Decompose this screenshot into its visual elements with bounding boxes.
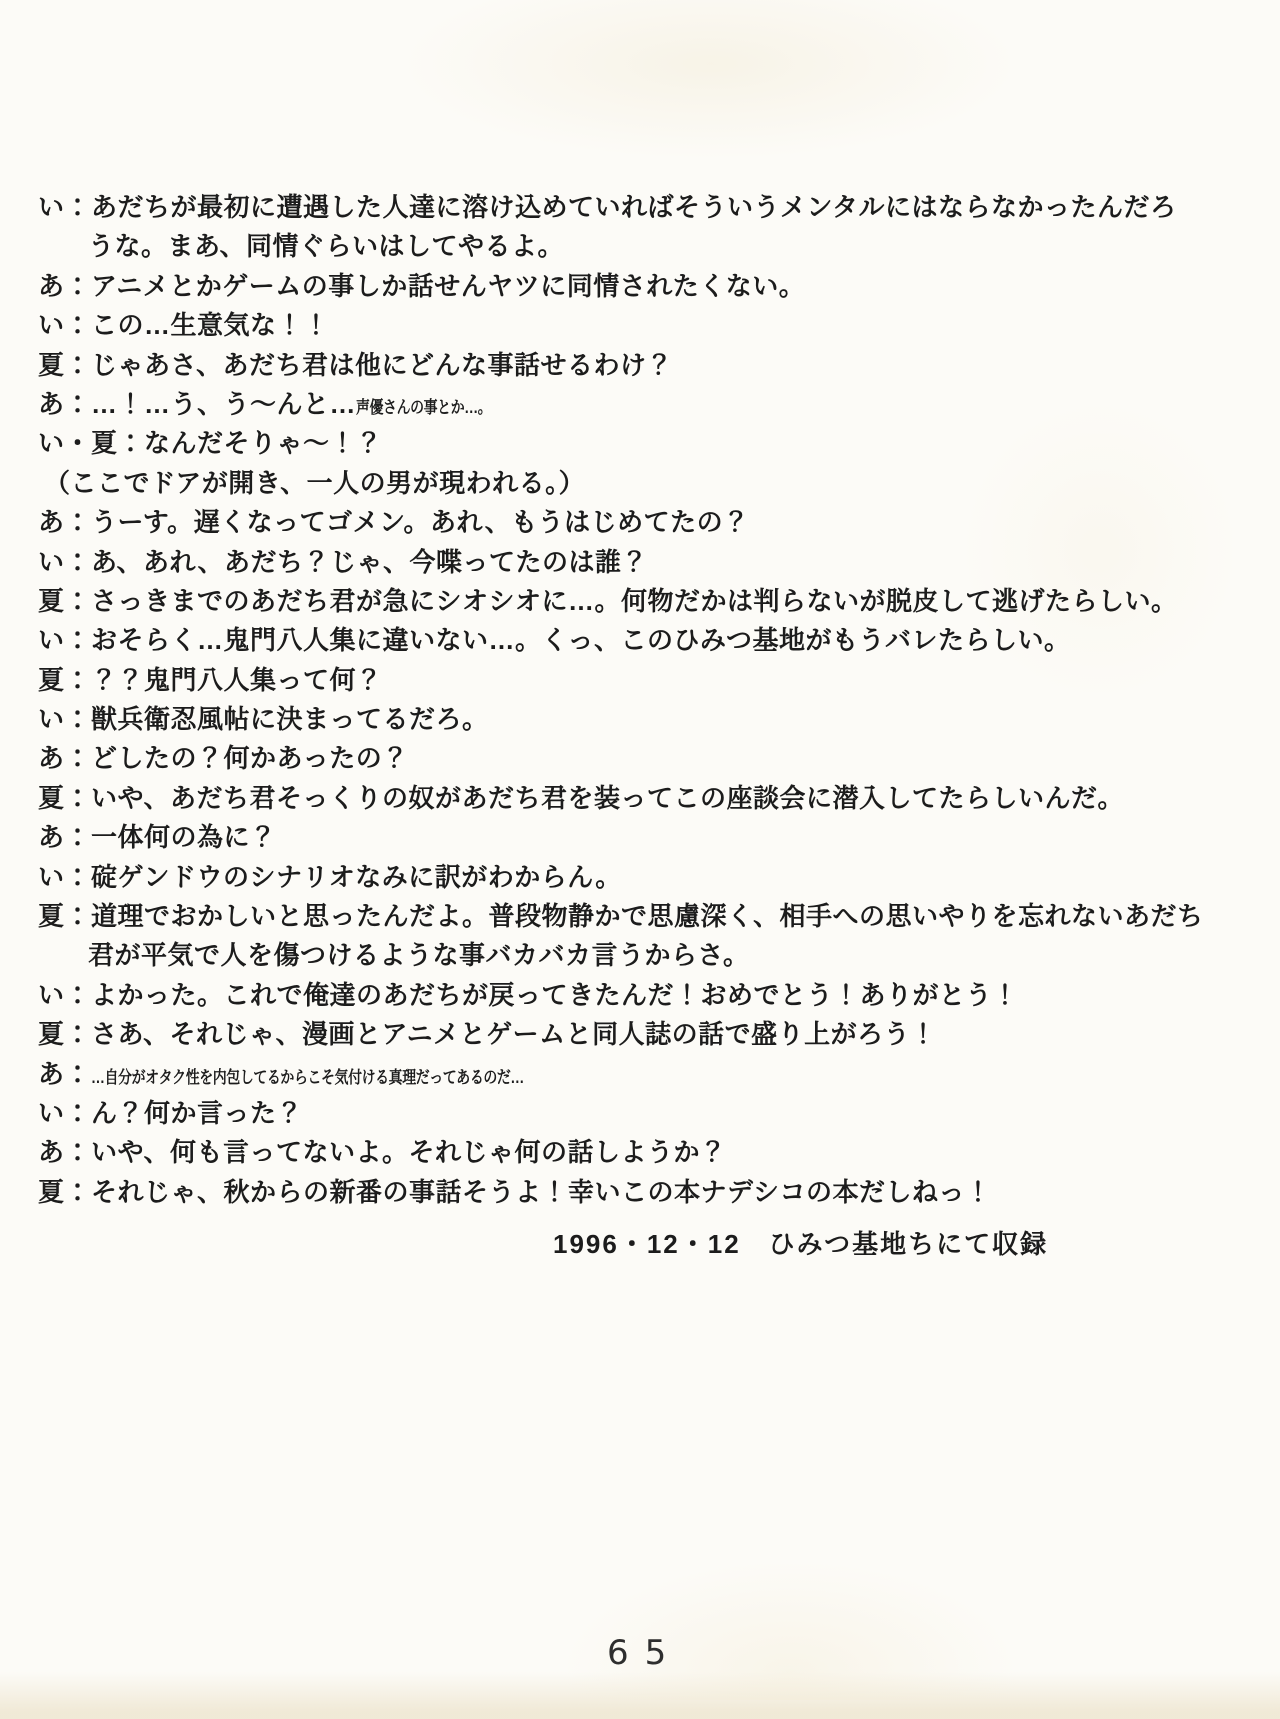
- dialogue-line: あ：どしたの？何かあったの？: [38, 739, 1253, 778]
- dialogue-line: い：あ、あれ、あだち？じゃ、今喋ってたのは誰？: [38, 543, 1253, 582]
- page-number: 65: [607, 1633, 682, 1673]
- line-text: この…生意気な！！: [91, 310, 330, 340]
- speaker-label: 夏：: [38, 350, 91, 380]
- speaker-label: い：: [38, 704, 91, 734]
- line-text: さあ、それじゃ、漫画とアニメとゲームと同人誌の話で盛り上がろう！: [91, 1019, 937, 1049]
- speaker-label: 夏：: [38, 783, 91, 813]
- dialogue-line: い・夏：なんだそりゃ～！？: [38, 424, 1253, 463]
- recording-credit: 1996・12・12 ひみつ基地ちにて収録: [553, 1224, 1048, 1261]
- scan-noise: [400, 0, 1020, 160]
- dialogue-line: い：この…生意気な！！: [38, 306, 1253, 345]
- speaker-label: あ：: [38, 1137, 91, 1167]
- dialogue-transcript: い：あだちが最初に遭遇した人達に溶け込めていればそういうメンタルにはならなかった…: [38, 188, 1253, 1212]
- line-text: あだちが最初に遭遇した人達に溶け込めていればそういうメンタルにはならなかったんだ…: [91, 192, 1176, 222]
- dialogue-line: 夏：？？鬼門八人集って何？: [38, 661, 1253, 700]
- dialogue-line: い：ん？何か言った？: [38, 1094, 1253, 1133]
- line-text: （ここでドアが開き、一人の男が現われる。）: [44, 468, 585, 498]
- line-text: ？？鬼門八人集って何？: [91, 665, 383, 695]
- line-text: 君が平気で人を傷つけるような事バカバカ言うからさ。: [88, 940, 749, 970]
- speaker-label: い：: [38, 625, 91, 655]
- dialogue-line: あ：…自分がオタク性を内包してるからこそ気付ける真理だってあるのだ…: [38, 1055, 1253, 1094]
- scan-noise: [0, 1672, 1280, 1719]
- line-text: それじゃ、秋からの新番の事話そうよ！幸いこの本ナデシコの本だしねっ！: [91, 1177, 991, 1207]
- dialogue-line: 夏：さっきまでのあだち君が急にシオシオに…。何物だかは判らないが脱皮して逃げたら…: [38, 582, 1253, 621]
- speaker-label: 夏：: [38, 665, 91, 695]
- line-text: よかった。これで俺達のあだちが戻ってきたんだ！おめでとう！ありがとう！: [91, 980, 1019, 1010]
- dialogue-line: い：よかった。これで俺達のあだちが戻ってきたんだ！おめでとう！ありがとう！: [38, 976, 1253, 1015]
- dialogue-line: あ：アニメとかゲームの事しか話せんヤツに同情されたくない。: [38, 267, 1253, 306]
- dialogue-line: い：獣兵衛忍風帖に決まってるだろ。: [38, 700, 1253, 739]
- line-text: アニメとかゲームの事しか話せんヤツに同情されたくない。: [91, 271, 805, 301]
- dialogue-line: うな。まあ、同情ぐらいはしてやるよ。: [38, 227, 1253, 266]
- speaker-label: 夏：: [38, 1019, 91, 1049]
- line-text: おそらく…鬼門八人集に違いない…。くっ、このひみつ基地がもうバレたらしい。: [91, 625, 1070, 655]
- line-text: ん？何か言った？: [91, 1098, 303, 1128]
- line-text: うーす。遅くなってゴメン。あれ、もうはじめてたの？: [91, 507, 750, 537]
- dialogue-line: あ：…！…う、う～んと…声優さんの事とか…。: [38, 385, 1253, 424]
- dialogue-line: い：おそらく…鬼門八人集に違いない…。くっ、このひみつ基地がもうバレたらしい。: [38, 621, 1253, 660]
- small-text: …自分がオタク性を内包してるからこそ気付ける真理だってあるのだ…: [91, 1058, 524, 1097]
- page: { "page": { "background_color": "#fcfbf7…: [0, 0, 1280, 1719]
- scan-noise: [560, 1560, 1020, 1700]
- line-text: 碇ゲンドウのシナリオなみに訳がわからん。: [91, 862, 622, 892]
- line-text: じゃあさ、あだち君は他にどんな事話せるわけ？: [91, 350, 673, 380]
- line-text: さっきまでのあだち君が急にシオシオに…。何物だかは判らないが脱皮して逃げたらしい…: [91, 586, 1178, 616]
- line-text: 獣兵衛忍風帖に決まってるだろ。: [91, 704, 489, 734]
- small-text: 声優さんの事とか…。: [356, 388, 491, 427]
- speaker-label: あ：: [38, 1059, 91, 1089]
- dialogue-line: 夏：さあ、それじゃ、漫画とアニメとゲームと同人誌の話で盛り上がろう！: [38, 1015, 1253, 1054]
- speaker-label: あ：: [38, 822, 91, 852]
- speaker-label: あ：: [38, 507, 91, 537]
- line-text: 一体何の為に？: [91, 822, 277, 852]
- dialogue-line: 夏：道理でおかしいと思ったんだよ。普段物静かで思慮深く、相手への思いやりを忘れな…: [38, 897, 1253, 936]
- dialogue-line: い：碇ゲンドウのシナリオなみに訳がわからん。: [38, 858, 1253, 897]
- dialogue-line: 夏：じゃあさ、あだち君は他にどんな事話せるわけ？: [38, 346, 1253, 385]
- line-text: 道理でおかしいと思ったんだよ。普段物静かで思慮深く、相手への思いやりを忘れないあ…: [91, 901, 1203, 931]
- speaker-label: あ：: [38, 271, 91, 301]
- speaker-label: あ：: [38, 743, 91, 773]
- line-text: うな。まあ、同情ぐらいはしてやるよ。: [88, 231, 564, 261]
- speaker-label: い・夏：: [38, 428, 144, 458]
- speaker-label: い：: [38, 547, 91, 577]
- speaker-label: 夏：: [38, 901, 91, 931]
- speaker-label: 夏：: [38, 1177, 91, 1207]
- dialogue-line: 夏：いや、あだち君そっくりの奴があだち君を装ってこの座談会に潜入してたらしいんだ…: [38, 779, 1253, 818]
- dialogue-line: い：あだちが最初に遭遇した人達に溶け込めていればそういうメンタルにはならなかった…: [38, 188, 1253, 227]
- speaker-label: 夏：: [38, 586, 91, 616]
- dialogue-line: あ：いや、何も言ってないよ。それじゃ何の話しようか？: [38, 1133, 1253, 1172]
- speaker-label: い：: [38, 192, 91, 222]
- speaker-label: い：: [38, 1098, 91, 1128]
- line-text: なんだそりゃ～！？: [144, 428, 383, 458]
- stage-direction: （ここでドアが開き、一人の男が現われる。）: [38, 464, 1253, 503]
- speaker-label: い：: [38, 310, 91, 340]
- line-text: いや、あだち君そっくりの奴があだち君を装ってこの座談会に潜入してたらしいんだ。: [91, 783, 1124, 813]
- line-text: …！…う、う～んと…: [91, 389, 356, 419]
- line-text: どしたの？何かあったの？: [91, 743, 409, 773]
- line-text: あ、あれ、あだち？じゃ、今喋ってたのは誰？: [91, 547, 648, 577]
- dialogue-line: 夏：それじゃ、秋からの新番の事話そうよ！幸いこの本ナデシコの本だしねっ！: [38, 1173, 1253, 1212]
- speaker-label: い：: [38, 980, 91, 1010]
- line-text: いや、何も言ってないよ。それじゃ何の話しようか？: [91, 1137, 726, 1167]
- dialogue-line: あ：一体何の為に？: [38, 818, 1253, 857]
- dialogue-line: 君が平気で人を傷つけるような事バカバカ言うからさ。: [38, 936, 1253, 975]
- speaker-label: い：: [38, 862, 91, 892]
- speaker-label: あ：: [38, 389, 91, 419]
- dialogue-line: あ：うーす。遅くなってゴメン。あれ、もうはじめてたの？: [38, 503, 1253, 542]
